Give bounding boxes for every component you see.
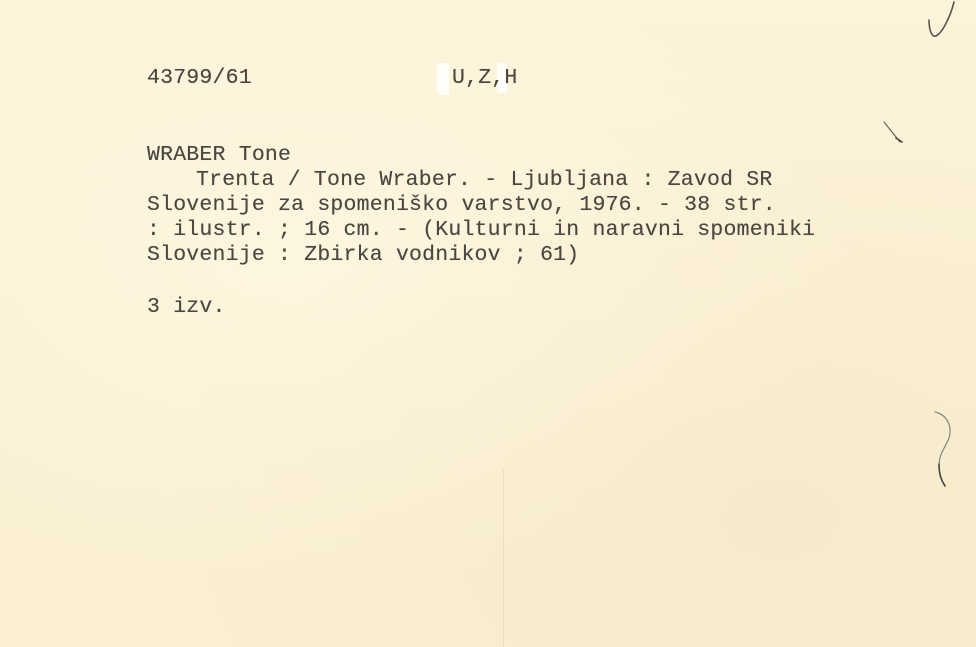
curl-stroke-icon: [925, 408, 965, 492]
paper-fold-line: [503, 470, 504, 647]
accession-number: 43799/61: [147, 66, 252, 91]
location-codes: U,Z,H: [452, 66, 518, 91]
copies-note: 3 izv.: [147, 295, 226, 320]
series-line: Slovenije : Zbirka vodnikov ; 61): [147, 243, 579, 268]
check-mark-icon: [920, 0, 960, 42]
catalog-card: 43799/61 U,Z,H WRABER Tone Trenta / Tone…: [0, 0, 976, 647]
title-statement-line: Trenta / Tone Wraber. - Ljubljana : Zavo…: [196, 168, 773, 193]
physical-description-line: : ilustr. ; 16 cm. - (Kulturni in naravn…: [147, 218, 815, 243]
tick-stroke-icon: [880, 118, 910, 148]
publication-line: Slovenije za spomeniško varstvo, 1976. -…: [147, 193, 776, 218]
correction-patch: [437, 63, 449, 95]
author-heading: WRABER Tone: [147, 143, 291, 168]
